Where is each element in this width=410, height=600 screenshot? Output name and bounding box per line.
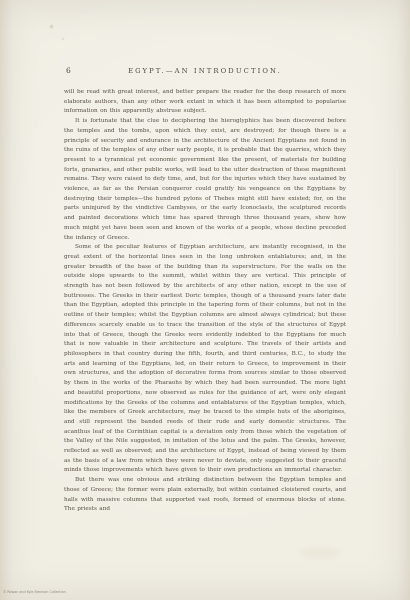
collection-watermark: © Rowan and Kyle Brennan Collection [3,590,66,594]
paper-stain [300,548,340,558]
scanned-book-page: 6 EGYPT.—AN INTRODUCTION. will be read w… [0,0,410,600]
paragraph: But there was one obvious and striking d… [64,476,346,515]
body-text-block: will be read with great interest, and be… [64,88,346,515]
running-title: EGYPT.—AN INTRODUCTION. [64,67,346,75]
paragraph: Some of the peculiar features of Egyptia… [64,243,346,476]
page-header: 6 EGYPT.—AN INTRODUCTION. [64,66,346,78]
paragraph: will be read with great interest, and be… [64,88,346,117]
paper-speck [50,25,53,28]
paragraph: It is fortunate that the clue to deciphe… [64,117,346,243]
paper-speck [62,38,64,40]
